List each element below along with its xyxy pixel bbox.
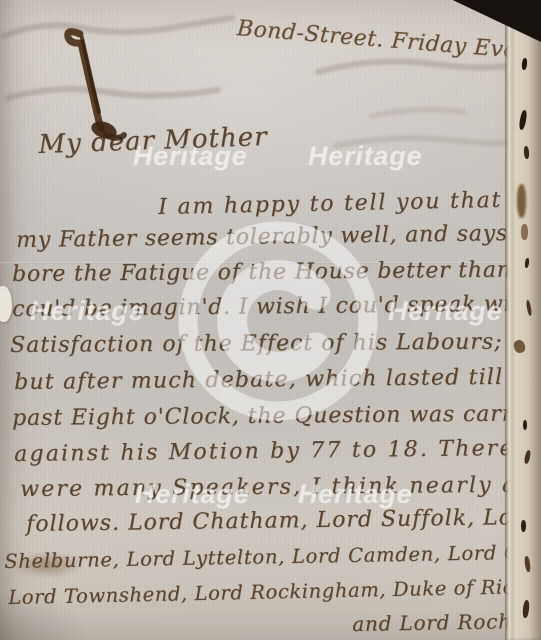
handwritten-letter-photo: Bond-Street. Friday Evening. My dear Mot… [0, 0, 541, 640]
letter-line: bore the Fatigue of the House better tha… [12, 258, 512, 287]
letter-line: were many Speakers, I think nearly as [20, 473, 531, 502]
letter-line: against his Motion by 77 to 18. There [14, 436, 515, 467]
letter-line: but after much debate, which lasted till [14, 365, 503, 395]
book-page-edges [505, 0, 541, 640]
ink-blot [52, 24, 132, 144]
paper-chip [0, 286, 12, 322]
letter-line: cou'd be imagin'd. I wish I cou'd speak … [12, 291, 541, 322]
letter-line: follows. Lord Chatham, Lord Suffolk, Lor… [26, 505, 540, 537]
letter-line: my Father seems tolerably well, and says… [16, 221, 541, 253]
letter-line: Satisfaction of the Effect of his Labour… [10, 330, 503, 358]
letter-line: past Eight o'Clock, the Question was car… [12, 401, 541, 431]
